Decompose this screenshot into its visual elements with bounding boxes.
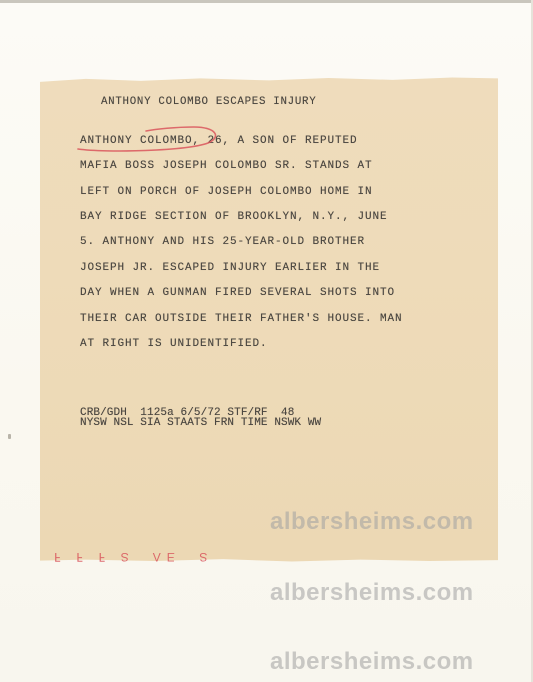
- speck: [8, 434, 11, 439]
- body-line: LEFT ON PORCH OF JOSEPH COLOMBO HOME IN: [80, 186, 373, 198]
- watermark: albersheims.com: [270, 579, 474, 607]
- body-line: THEIR CAR OUTSIDE THEIR FATHER'S HOUSE. …: [80, 313, 403, 325]
- headline: ANTHONY COLOMBO ESCAPES INJURY: [101, 96, 316, 108]
- body-line: AT RIGHT IS UNIDENTIFIED.: [80, 338, 268, 350]
- watermark: albersheims.com: [270, 648, 474, 676]
- body-line: JOSEPH JR. ESCAPED INJURY EARLIER IN THE: [80, 262, 380, 274]
- body-line: 5. ANTHONY AND HIS 25-YEAR-OLD BROTHER: [80, 236, 365, 248]
- red-stamp-marks: S ƎΛ S ꟻ ꟻ ꟻ: [48, 550, 207, 564]
- body-line: DAY WHEN A GUNMAN FIRED SEVERAL SHOTS IN…: [80, 287, 395, 299]
- body-line: MAFIA BOSS JOSEPH COLOMBO SR. STANDS AT: [80, 160, 373, 172]
- watermark: albersheims.com: [270, 508, 474, 536]
- photo-top-edge: [0, 0, 533, 3]
- body-line: ANTHONY COLOMBO, 26, A SON OF REPUTED: [80, 135, 358, 147]
- body-line: BAY RIDGE SECTION OF BROOKLYN, N.Y., JUN…: [80, 211, 388, 223]
- meta-line: NYSW NSL SIA STAATS FRN TIME NSWK WW: [80, 418, 321, 428]
